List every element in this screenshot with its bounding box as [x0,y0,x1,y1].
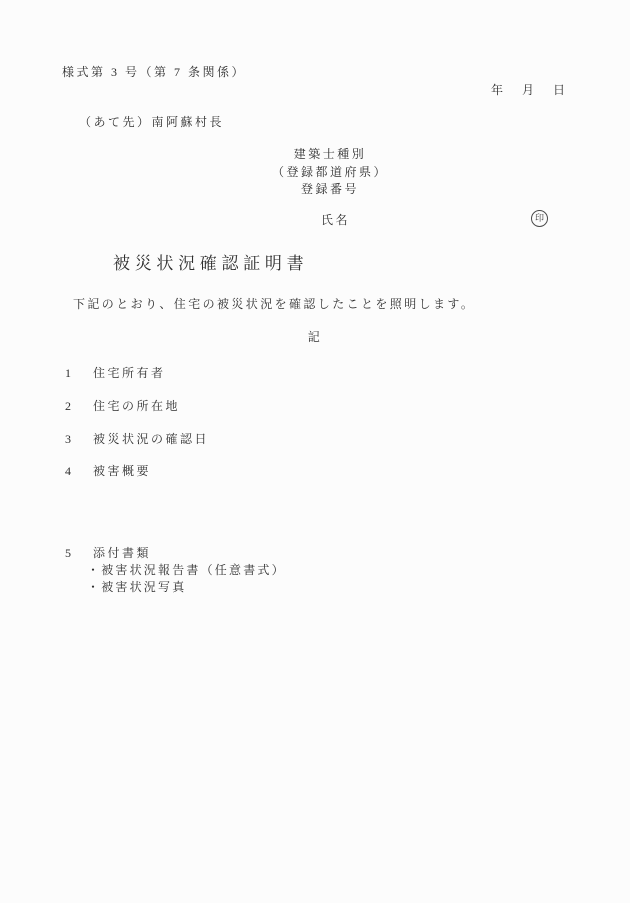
list-item-attachments: 5添付書類 [65,544,151,561]
item-label: 住宅所有者 [93,366,166,380]
seal-character: 印 [535,214,544,223]
attachment-sub-item-photo: ・被害状況写真 [87,578,186,595]
item-label: 被災状況の確認日 [93,432,209,446]
item-number: 1 [65,366,93,381]
item-number: 4 [65,464,93,479]
item-number: 2 [65,399,93,414]
list-item-damage-summary: 4被害概要 [65,462,151,479]
list-item-confirmation-date: 3被災状況の確認日 [65,430,209,447]
document-page: 様式第 3 号（第 7 条関係） 年 月 日 （あて先）南阿蘇村長 建築士種別 … [0,0,630,903]
name-label: 氏名 [321,211,350,228]
intro-sentence: 下記のとおり、住宅の被災状況を確認したことを照明します。 [73,295,475,312]
item-label: 被害概要 [93,464,151,478]
seal-mark-icon: 印 [531,210,548,227]
list-item-owner: 1住宅所有者 [65,364,166,381]
form-number: 様式第 3 号（第 7 条関係） [62,63,246,80]
list-item-location: 2住宅の所在地 [65,397,180,414]
architect-registered-prefecture-label: （登録都道府県） [230,164,430,182]
ki-heading: 記 [0,328,630,345]
item-number: 3 [65,432,93,447]
item-number: 5 [65,546,93,561]
date-line: 年 月 日 [491,81,569,98]
addressee-line: （あて先）南阿蘇村長 [79,113,224,130]
item-label: 住宅の所在地 [93,399,180,413]
document-title: 被災状況確認証明書 [113,249,308,274]
architect-type-label: 建築士種別 [230,146,430,164]
architect-info-block: 建築士種別 （登録都道府県） 登録番号 [230,146,430,199]
item-label: 添付書類 [93,546,151,560]
attachment-sub-item-report: ・被害状況報告書（任意書式） [87,561,286,578]
architect-registration-number-label: 登録番号 [230,181,430,199]
